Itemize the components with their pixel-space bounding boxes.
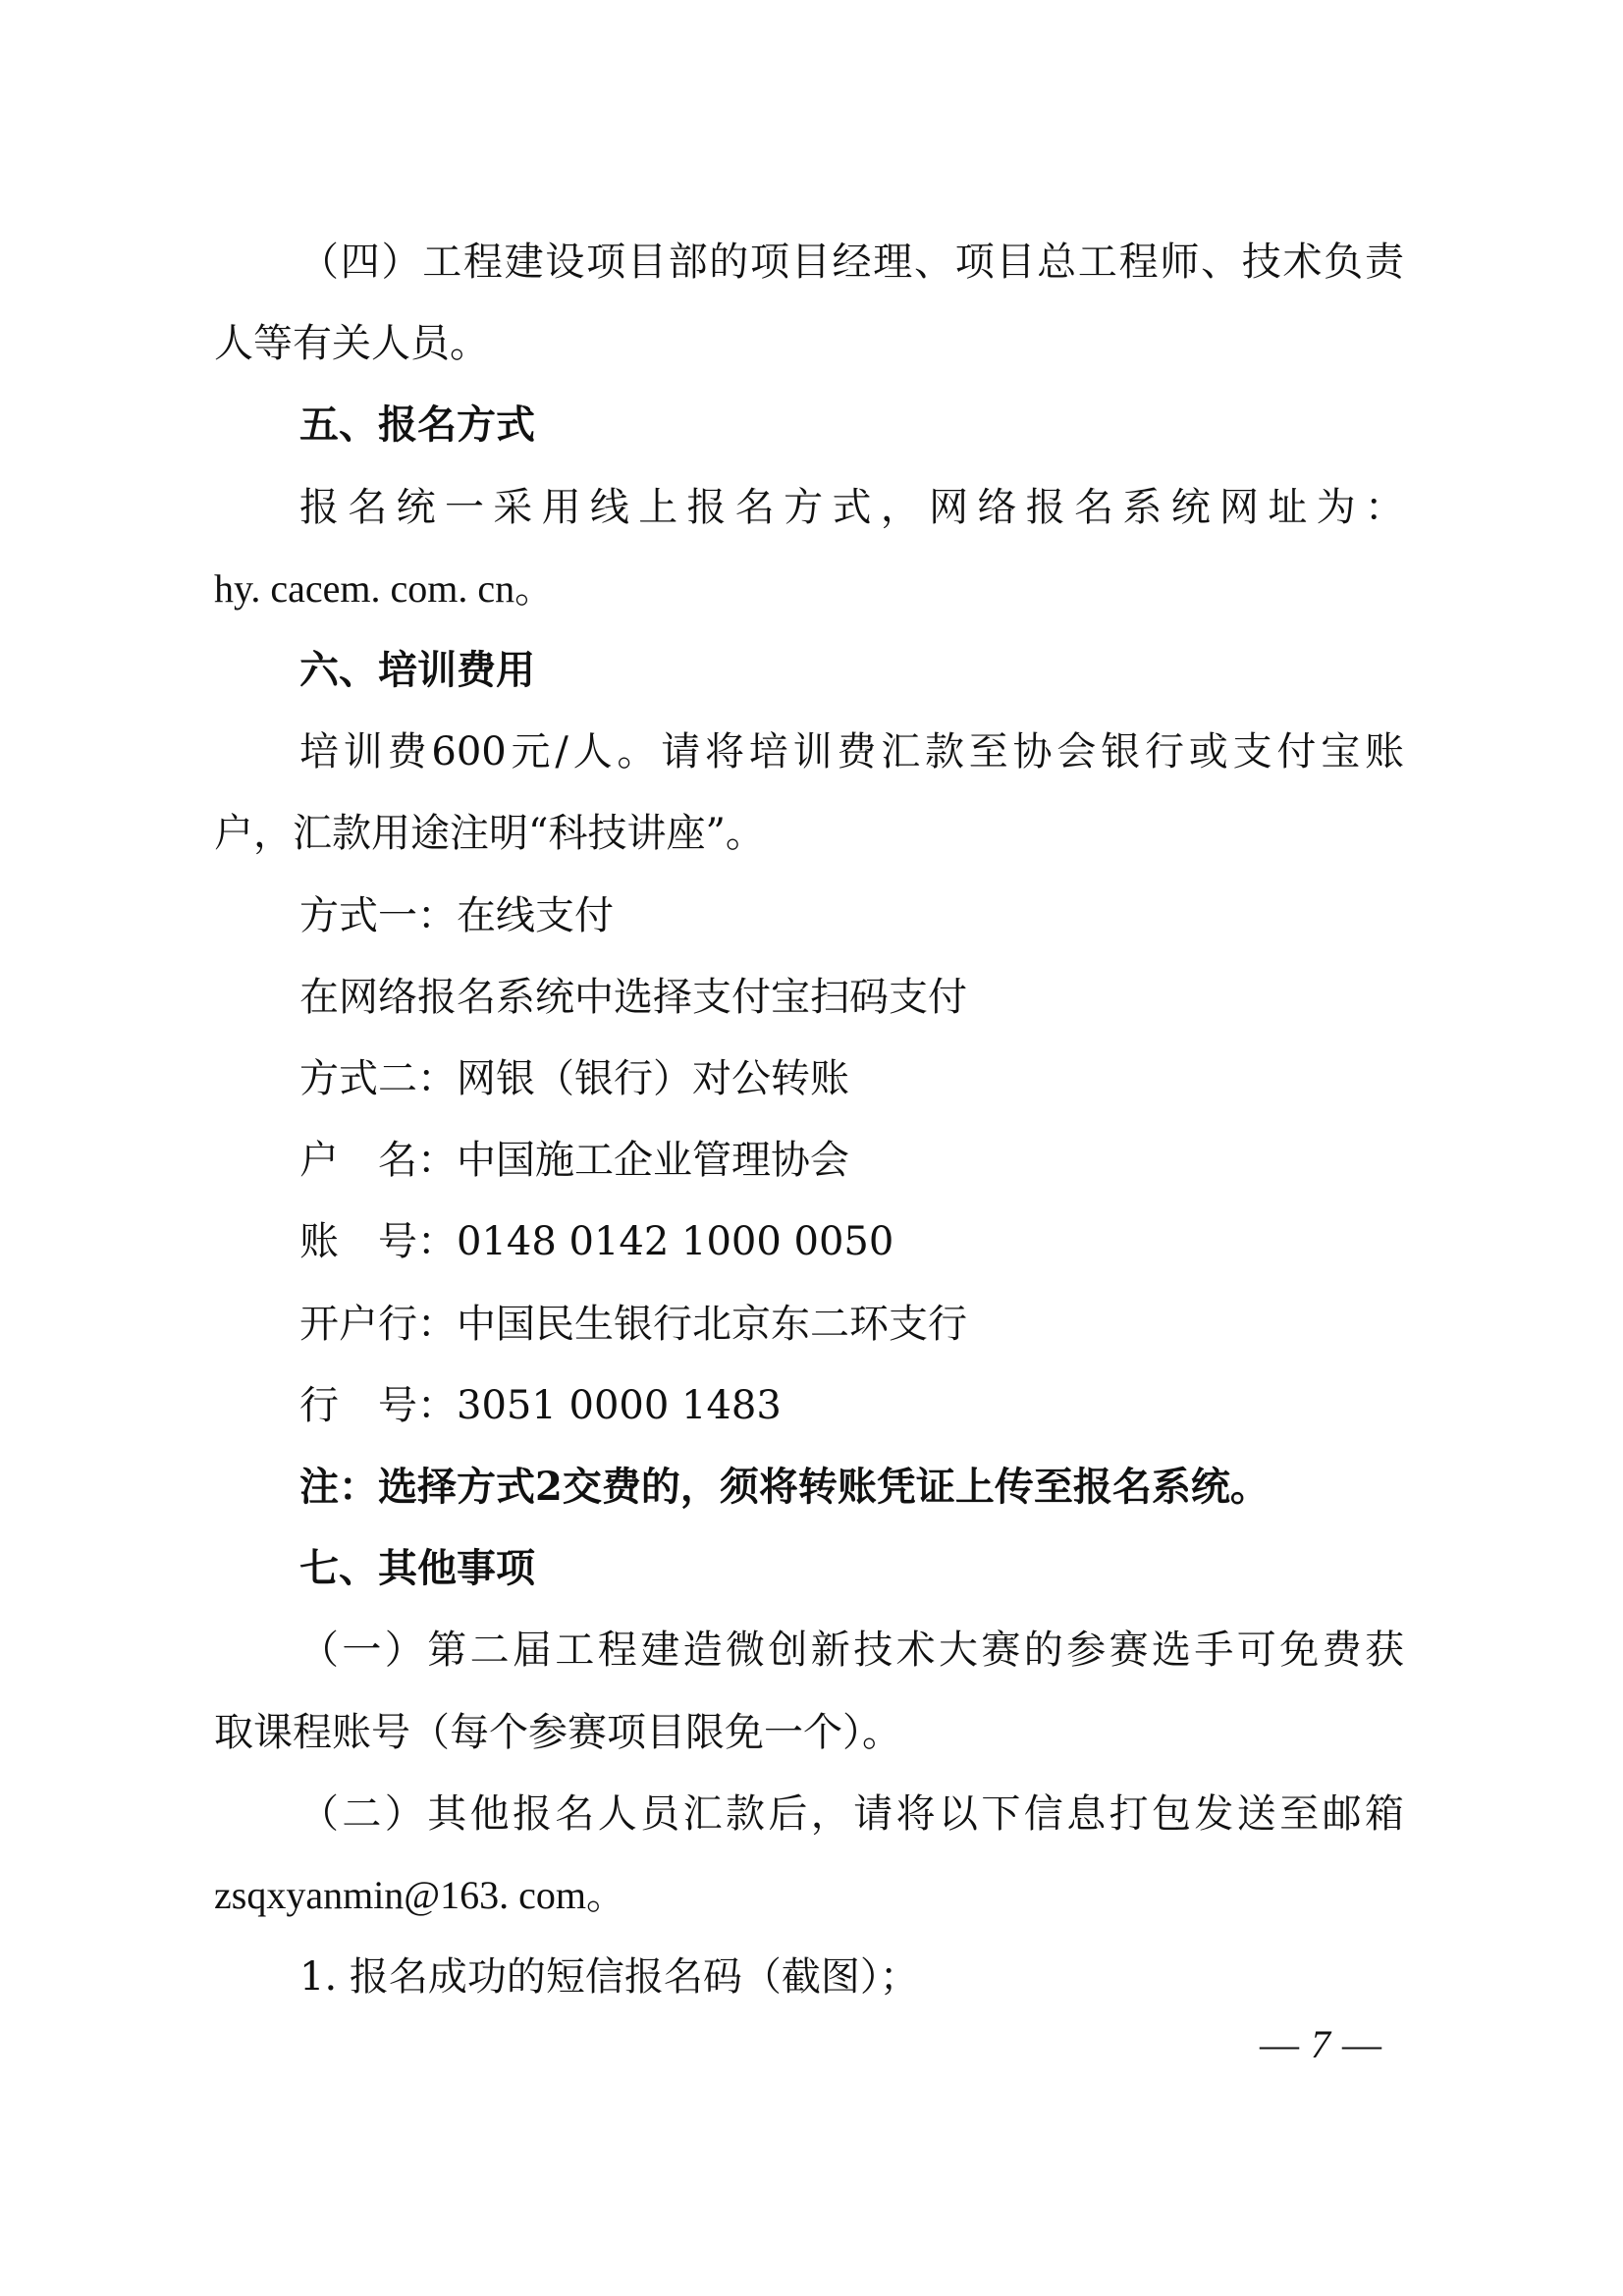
page-number-dash-right: — bbox=[1342, 2022, 1381, 2066]
section-heading-fees: 六、培训费用 bbox=[299, 641, 1404, 700]
contact-email: zsqxyanmin@163. com。 bbox=[214, 1866, 1404, 1925]
registration-url: hy. cacem. com. cn。 bbox=[214, 560, 1404, 618]
bank-name: 开户行：中国民生银行北京东二环支行 bbox=[299, 1295, 1404, 1354]
section-heading-other: 七、其他事项 bbox=[299, 1539, 1404, 1598]
payment-note: 注：选择方式2交费的，须将转账凭证上传至报名系统。 bbox=[299, 1458, 1404, 1517]
account-number: 账 号：0148 0142 1000 0050 bbox=[299, 1212, 1404, 1271]
page-number-value: 7 bbox=[1299, 2022, 1342, 2066]
payment-method-2: 方式二：网银（银行）对公转账 bbox=[299, 1049, 1404, 1108]
line-0: （四）工程建设项目部的项目经理、项目总工程师、技术负责 bbox=[299, 233, 1404, 292]
line-18: 取课程账号（每个参赛项目限免一个）。 bbox=[214, 1703, 1404, 1762]
page-number-dash-left: — bbox=[1260, 2022, 1299, 2066]
document-page: （四）工程建设项目部的项目经理、项目总工程师、技术负责 人等有关人员。 五、报名… bbox=[0, 0, 1623, 2296]
bank-code: 行 号：3051 0000 1483 bbox=[299, 1376, 1404, 1435]
line-6: 培训费600元/人。请将培训费汇款至协会银行或支付宝账 bbox=[299, 722, 1404, 781]
line-3: 报名统一采用线上报名方式，网络报名系统网址为： bbox=[299, 478, 1404, 537]
line-9: 在网络报名系统中选择支付宝扫码支付 bbox=[299, 968, 1404, 1027]
page-number: —7— bbox=[1247, 2020, 1394, 2069]
line-1: 人等有关人员。 bbox=[214, 314, 1404, 373]
line-19: （二）其他报名人员汇款后，请将以下信息打包发送至邮箱 bbox=[299, 1785, 1404, 1843]
account-name: 户 名：中国施工企业管理协会 bbox=[299, 1131, 1404, 1190]
payment-method-1: 方式一：在线支付 bbox=[299, 886, 1404, 945]
section-heading-registration: 五、报名方式 bbox=[299, 396, 1404, 454]
line-7: 户，汇款用途注明“科技讲座”。 bbox=[214, 804, 1404, 863]
list-item-1: 1. 报名成功的短信报名码（截图）； bbox=[299, 1948, 1404, 2006]
line-17: （一）第二届工程建造微创新技术大赛的参赛选手可免费获 bbox=[299, 1621, 1404, 1680]
